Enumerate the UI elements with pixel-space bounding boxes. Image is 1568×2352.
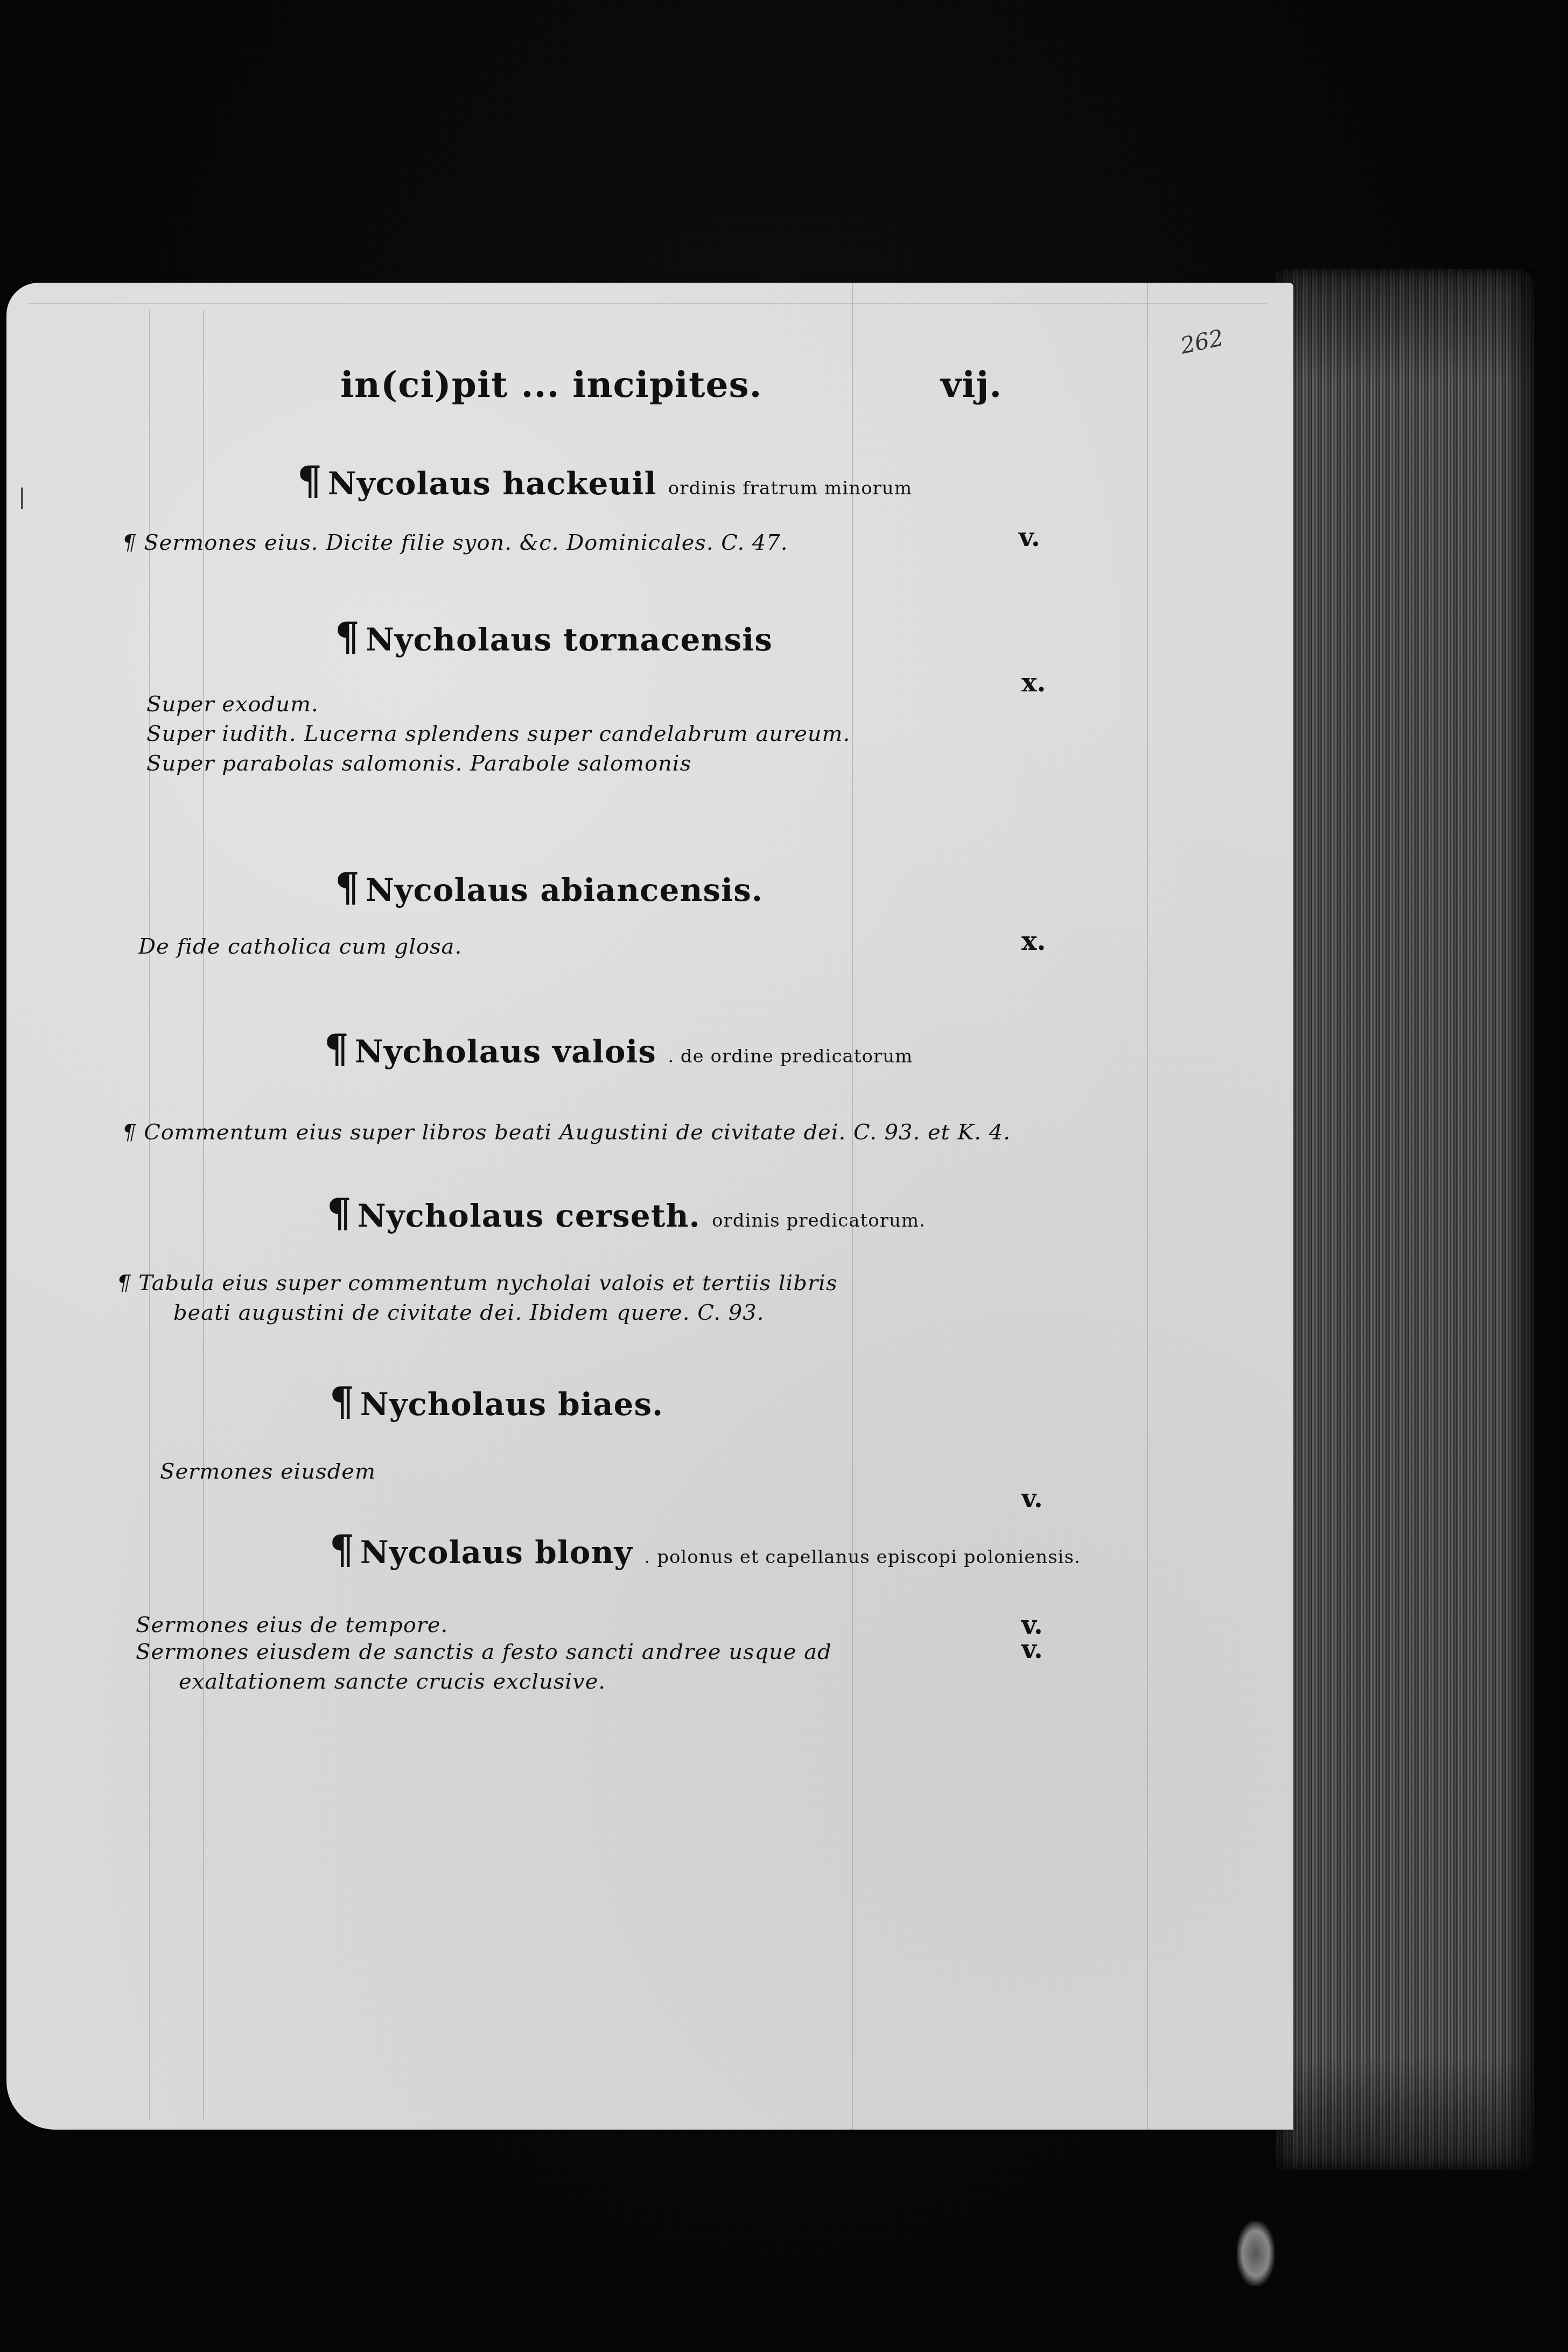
entry-line: ¶ Commentum eius super libros beati Augu…: [122, 1120, 1011, 1145]
entry-line: beati augustini de civitate dei. Ibidem …: [173, 1300, 764, 1325]
quire-mark: vij.: [941, 363, 1002, 405]
entry-line: Sermones eiusdem: [160, 1459, 376, 1484]
section-heading: ¶Nycholaus tornacensis: [335, 614, 773, 660]
pilcrow-icon: ¶: [327, 1190, 352, 1236]
entry-line: ¶ Sermones eius. Dicite filie syon. &c. …: [122, 530, 788, 555]
entry-line: Super iudith. Lucerna splendens super ca…: [146, 722, 850, 746]
section-heading: ¶Nycholaus cerseth. ordinis predicatorum…: [327, 1190, 926, 1236]
margin-tick: |: [18, 485, 25, 509]
pilcrow-icon: ¶: [335, 864, 360, 910]
folio-number: 262: [1178, 324, 1226, 359]
ruling-line-left: [149, 310, 150, 2119]
shelf-reference: x.: [1021, 668, 1046, 698]
ruling-line-top: [28, 303, 1266, 304]
shelf-reference: v.: [1021, 1634, 1043, 1664]
section-heading: ¶Nycolaus abiancensis.: [335, 864, 763, 910]
entry-line: Sermones eius de tempore.: [136, 1613, 448, 1637]
ruling-line-inner: [203, 310, 204, 2119]
book-fore-edge: [1276, 269, 1535, 2170]
pilcrow-icon: ¶: [330, 1378, 355, 1424]
entry-line: Super exodum.: [146, 692, 319, 717]
manuscript-page: | in(ci)pit ... incipites. vij. 262 ¶Nyc…: [6, 283, 1293, 2130]
entry-line: ¶ Tabula eius super commentum nycholai v…: [117, 1271, 837, 1296]
pilcrow-icon: ¶: [330, 1527, 355, 1572]
pilcrow-icon: ¶: [324, 1026, 349, 1072]
entry-line: Super parabolas salomonis. Parabole salo…: [146, 751, 691, 776]
entry-line: De fide catholica cum glosa.: [138, 934, 462, 959]
ruling-line-ref-right: [1147, 283, 1148, 2130]
section-heading: ¶Nycolaus hackeuil ordinis fratrum minor…: [297, 458, 912, 503]
pilcrow-icon: ¶: [297, 458, 323, 503]
section-heading: ¶Nycolaus blony . polonus et capellanus …: [330, 1527, 1081, 1572]
shelf-reference: v.: [1021, 1483, 1043, 1514]
shelf-reference: x.: [1021, 926, 1046, 956]
pilcrow-icon: ¶: [335, 614, 360, 660]
section-heading: ¶Nycholaus biaes.: [330, 1378, 663, 1424]
section-heading: ¶Nycholaus valois . de ordine predicator…: [324, 1026, 913, 1072]
running-header-title: in(ci)pit ... incipites.: [340, 363, 762, 405]
page-stain: [1237, 2221, 1275, 2286]
entry-line: exaltationem sancte crucis exclusive.: [179, 1669, 606, 1694]
shelf-reference: v.: [1019, 522, 1040, 552]
entry-line: Sermones eiusdem de sanctis a festo sanc…: [136, 1640, 832, 1664]
